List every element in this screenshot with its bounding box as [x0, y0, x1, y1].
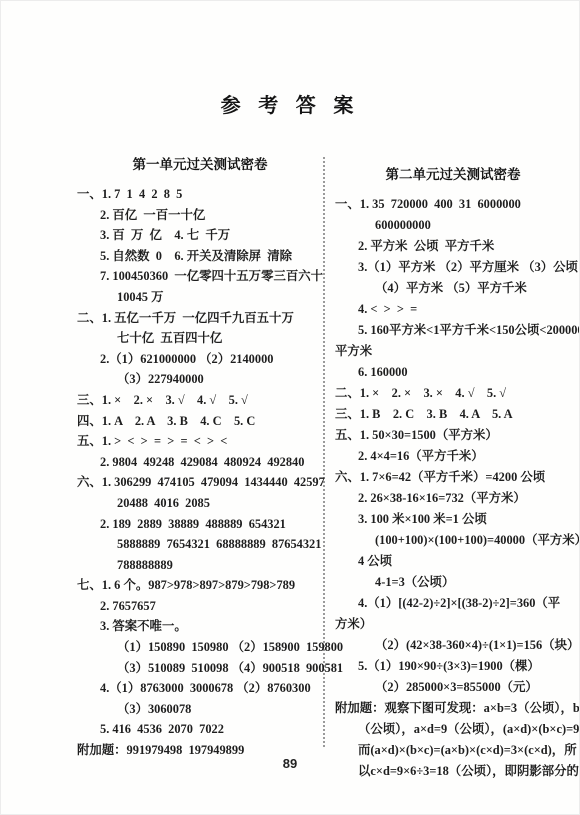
answer-line: 二、1. × 2. × 3. × 4. √ 5. √ — [335, 383, 571, 404]
answer-line: 一、1. 35 720000 400 31 6000000 — [335, 194, 571, 215]
answer-line: 3.（1）平方米 （2）平方厘米 （3）公顷 — [335, 257, 571, 278]
answer-line: 三、1. × 2. × 3. √ 4. √ 5. √ — [77, 390, 323, 411]
right-column: 第二单元过关测试密卷 一、1. 35 720000 400 31 6000000… — [335, 153, 571, 782]
answer-line: （3）3060078 — [77, 699, 323, 720]
answer-line: （公顷），a×d=9（公顷），(a×d)×(b×c)=9×6， — [335, 719, 571, 740]
answer-line: 5.（1）190×90÷(3×3)=1900（棵） — [335, 656, 571, 677]
answer-line: 2.（1）621000000 （2）2140000 — [77, 349, 323, 370]
answer-line: 20488 4016 2085 — [77, 493, 323, 514]
answer-line: 四、1. A 2. A 3. B 4. C 5. C — [77, 411, 323, 432]
answer-line: 五、1. 50×30=1500（平方米） — [335, 425, 571, 446]
answer-line: （3）510089 510098 （4）900518 900581 — [77, 658, 323, 679]
answer-line: 2. 7657657 — [77, 596, 323, 617]
answer-line: 2. 4×4=16（平方千米） — [335, 446, 571, 467]
answer-line: 6. 160000 — [335, 362, 571, 383]
answer-line: 4. < > > = — [335, 299, 571, 320]
answer-line: 七十亿 五百四十亿 — [77, 328, 323, 349]
right-column-title: 第二单元过关测试密卷 — [335, 163, 571, 183]
answer-key-page: 参 考 答 案 第一单元过关测试密卷 一、1. 7 1 4 2 8 52. 百亿… — [0, 0, 580, 815]
answer-line: （3）227940000 — [77, 369, 323, 390]
answer-line: 一、1. 7 1 4 2 8 5 — [77, 184, 323, 205]
answer-line: 4 公顷 — [335, 551, 571, 572]
answer-line: 5. 160平方米<1平方千米<150公顷<2000000 — [335, 320, 571, 341]
answer-line: 3. 百 万 亿 4. 七 千万 — [77, 225, 323, 246]
page-number: 89 — [1, 756, 579, 771]
answer-line: （1）150890 150980 （2）158900 159800 — [77, 637, 323, 658]
answer-line: 2. 9804 49248 429084 480924 492840 — [77, 452, 323, 473]
answer-line: 3. 答案不唯一。 — [77, 616, 323, 637]
answer-line: 平方米 — [335, 341, 571, 362]
right-column-answers: 一、1. 35 720000 400 31 60000006000000002.… — [335, 194, 571, 782]
answer-line: 二、1. 五亿一千万 一亿四千九百五十万 — [77, 308, 323, 329]
answer-line: 5. 自然数 0 6. 开关及清除屏 清除 — [77, 246, 323, 267]
answer-line: 三、1. B 2. C 3. B 4. A 5. A — [335, 404, 571, 425]
answer-line: 4.（1）8763000 3000678 （2）8760300 — [77, 678, 323, 699]
answer-line: 10045 万 — [77, 287, 323, 308]
page-title: 参 考 答 案 — [1, 89, 579, 118]
answer-line: 7. 100450360 一亿零四十五万零三百六十 — [77, 266, 323, 287]
answer-line: 600000000 — [335, 215, 571, 236]
answer-line: 5888889 7654321 68888889 87654321 — [77, 534, 323, 555]
left-column: 第一单元过关测试密卷 一、1. 7 1 4 2 8 52. 百亿 一百一十亿3.… — [77, 153, 323, 761]
answer-line: 2. 平方米 公顷 平方千米 — [335, 236, 571, 257]
answer-line: 4-1=3（公顷） — [335, 572, 571, 593]
answer-line: 五、1. > < > = > = < > < — [77, 431, 323, 452]
left-column-answers: 一、1. 7 1 4 2 8 52. 百亿 一百一十亿3. 百 万 亿 4. 七… — [77, 184, 323, 761]
answer-line: 3. 100 米×100 米=1 公顷 — [335, 509, 571, 530]
answer-line: （2）285000×3=855000（元） — [335, 677, 571, 698]
answer-line: 七、1. 6 个。987>978>897>879>798>789 — [77, 575, 323, 596]
answer-line: 788888889 — [77, 555, 323, 576]
answer-line: 方米） — [335, 614, 571, 635]
answer-line: 六、1. 306299 474105 479094 1434440 42597 — [77, 472, 323, 493]
answer-line: (100+100)×(100+100)=40000（平方米）= — [335, 530, 571, 551]
answer-line: 附加题：观察下图可发现：a×b=3（公顷），b×c=6 — [335, 698, 571, 719]
answer-line: （2）(42×38-360×4)÷(1×1)=156（块） — [335, 635, 571, 656]
answer-line: （4）平方米 （5）平方千米 — [335, 278, 571, 299]
answer-line: 2. 百亿 一百一十亿 — [77, 205, 323, 226]
answer-line: 六、1. 7×6=42（平方千米）=4200 公顷 — [335, 467, 571, 488]
answer-line: 4.（1）[(42-2)÷2]×[(38-2)÷2]=360（平 — [335, 593, 571, 614]
answer-line: 2. 189 2889 38889 488889 654321 — [77, 514, 323, 535]
answer-line: 5. 416 4536 2070 7022 — [77, 719, 323, 740]
left-column-title: 第一单元过关测试密卷 — [77, 153, 323, 173]
answer-line: 2. 26×38-16×16=732（平方米） — [335, 488, 571, 509]
